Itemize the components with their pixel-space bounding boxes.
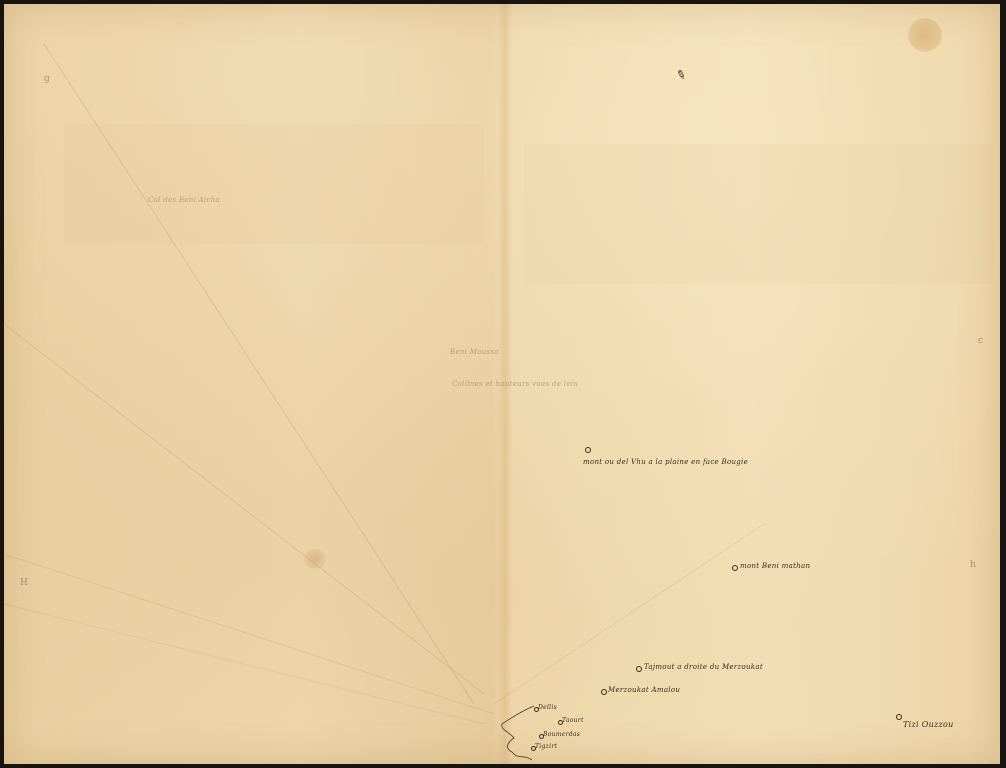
margin-mark: c (978, 336, 983, 346)
faint-note: Col des Beni Aicha (148, 196, 220, 204)
annotation-lower: Tajmout a droite du Merzoukat (644, 663, 763, 671)
faint-note: Beni Moussa (450, 348, 499, 356)
margin-mark: g (44, 74, 50, 84)
place-marker (732, 565, 738, 571)
annotation-se: Tizi Ouzzou (903, 720, 954, 729)
annotation-east: mont Beni mathan (740, 562, 810, 570)
coast-place: Taourt (562, 717, 584, 724)
annotation-main: mont ou del Vhu a la plaine en face Boug… (583, 458, 748, 466)
margin-mark: H (20, 578, 28, 588)
margin-mark: h (970, 560, 976, 570)
map-sheet: ✎ mont ou del Vhu a la plaine en face Bo… (4, 4, 1000, 764)
coast-place: Dellis (538, 704, 557, 711)
place-marker (896, 714, 902, 720)
coastline-sketch (502, 706, 534, 760)
coast-place: Boumerdas (543, 731, 580, 738)
place-marker (636, 666, 642, 672)
place-marker (601, 689, 607, 695)
faint-note: Collines et hauteurs vues de loin (452, 380, 578, 388)
annotation-lower-2: Merzoukat Amalou (608, 686, 680, 694)
place-marker (585, 447, 591, 453)
coast-place: Tigzirt (535, 743, 557, 750)
